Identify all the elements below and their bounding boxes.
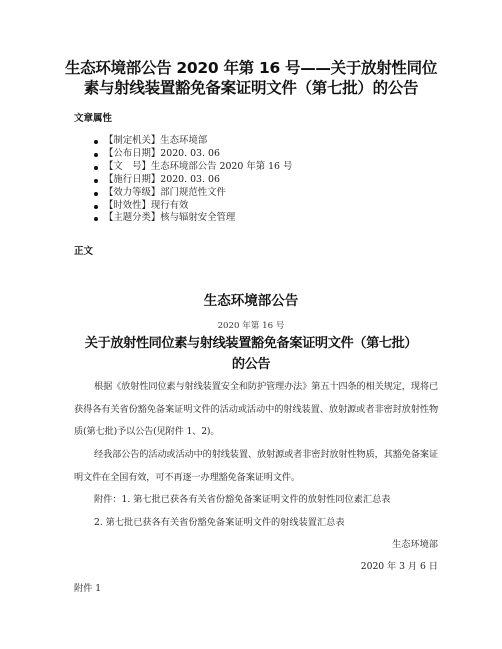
attribute-label: 【效力等级】 xyxy=(104,187,160,198)
attribute-label: 【公布日期】 xyxy=(104,148,160,159)
attribute-label: 【主题分类】 xyxy=(104,212,160,223)
notice-subtitle-line-2: 的公告 xyxy=(60,354,442,375)
attribute-item-legal-level: 【效力等级】部门规范性文件 xyxy=(94,187,292,200)
attributes-list: 【制定机关】生态环境部 【公布日期】2020. 03. 06 【文 号】生态环境… xyxy=(94,135,292,225)
notice-number: 2020 年第 16 号 xyxy=(60,319,442,331)
bullet-icon xyxy=(94,179,98,183)
signature-date: 2020 年 3 月 6 日 xyxy=(74,558,438,572)
attribute-value: 部门规范性文件 xyxy=(160,187,226,198)
body-paragraph-2: 经我部公告的活动或活动中的射线装置、放射源或者非密封放射性物质，其豁免备案证明文… xyxy=(74,444,438,489)
document-title: 生态环境部公告 2020 年第 16 号——关于放射性同位 素与射线装置豁免备案… xyxy=(60,58,442,98)
attribute-label: 【文 号】 xyxy=(104,161,151,172)
attribute-value: 现行有效 xyxy=(151,200,189,211)
notice-subtitle: 关于放射性同位素与射线装置豁免备案证明文件（第七批） 的公告 xyxy=(60,333,442,375)
bullet-icon xyxy=(94,205,98,209)
signature: 生态环境部 xyxy=(74,536,438,550)
body-paragraph-1: 根据《放射性同位素与射线装置安全和防护管理办法》第五十四条的相关规定，现将已获得… xyxy=(74,376,438,444)
attribute-label: 【时效性】 xyxy=(104,200,151,211)
attribute-item-issuer: 【制定机关】生态环境部 xyxy=(94,135,292,148)
notice-subtitle-line-1: 关于放射性同位素与射线装置豁免备案证明文件（第七批） xyxy=(60,333,442,354)
attributes-heading: 文章属性 xyxy=(74,110,112,124)
attachment-line-2: 2. 第七批已获各有关省份豁免备案证明文件的射线装置汇总表 xyxy=(94,514,458,528)
attribute-value: 核与辐射安全管理 xyxy=(160,212,235,223)
bullet-icon xyxy=(94,217,98,221)
bullet-icon xyxy=(94,140,98,144)
attribute-value: 2020. 03. 06 xyxy=(160,174,220,185)
attribute-label: 【制定机关】 xyxy=(104,135,160,146)
attribute-value: 生态环境部 xyxy=(160,135,207,146)
attribute-item-validity: 【时效性】现行有效 xyxy=(94,200,292,213)
bullet-icon xyxy=(94,153,98,157)
attribute-label: 【施行日期】 xyxy=(104,174,160,185)
attribute-item-doc-number: 【文 号】生态环境部公告 2020 年第 16 号 xyxy=(94,161,292,174)
document-title-line-2: 素与射线装置豁免备案证明文件（第七批）的公告 xyxy=(60,78,442,98)
attribute-value: 2020. 03. 06 xyxy=(160,148,220,159)
attribute-item-category: 【主题分类】核与辐射安全管理 xyxy=(94,212,292,225)
bullet-icon xyxy=(94,192,98,196)
document-title-line-1: 生态环境部公告 2020 年第 16 号——关于放射性同位 xyxy=(60,58,442,78)
appendix-label: 附件 1 xyxy=(74,580,438,594)
body-heading: 正文 xyxy=(74,243,93,257)
notice-issuer-title: 生态环境部公告 xyxy=(60,289,442,309)
attribute-item-effective-date: 【施行日期】2020. 03. 06 xyxy=(94,174,292,187)
bullet-icon xyxy=(94,166,98,170)
attribute-item-publish-date: 【公布日期】2020. 03. 06 xyxy=(94,148,292,161)
attachment-line-1: 附件：1. 第七批已获各有关省份豁免备案证明文件的放射性同位素汇总表 xyxy=(94,491,458,505)
attribute-value: 生态环境部公告 2020 年第 16 号 xyxy=(151,161,292,172)
